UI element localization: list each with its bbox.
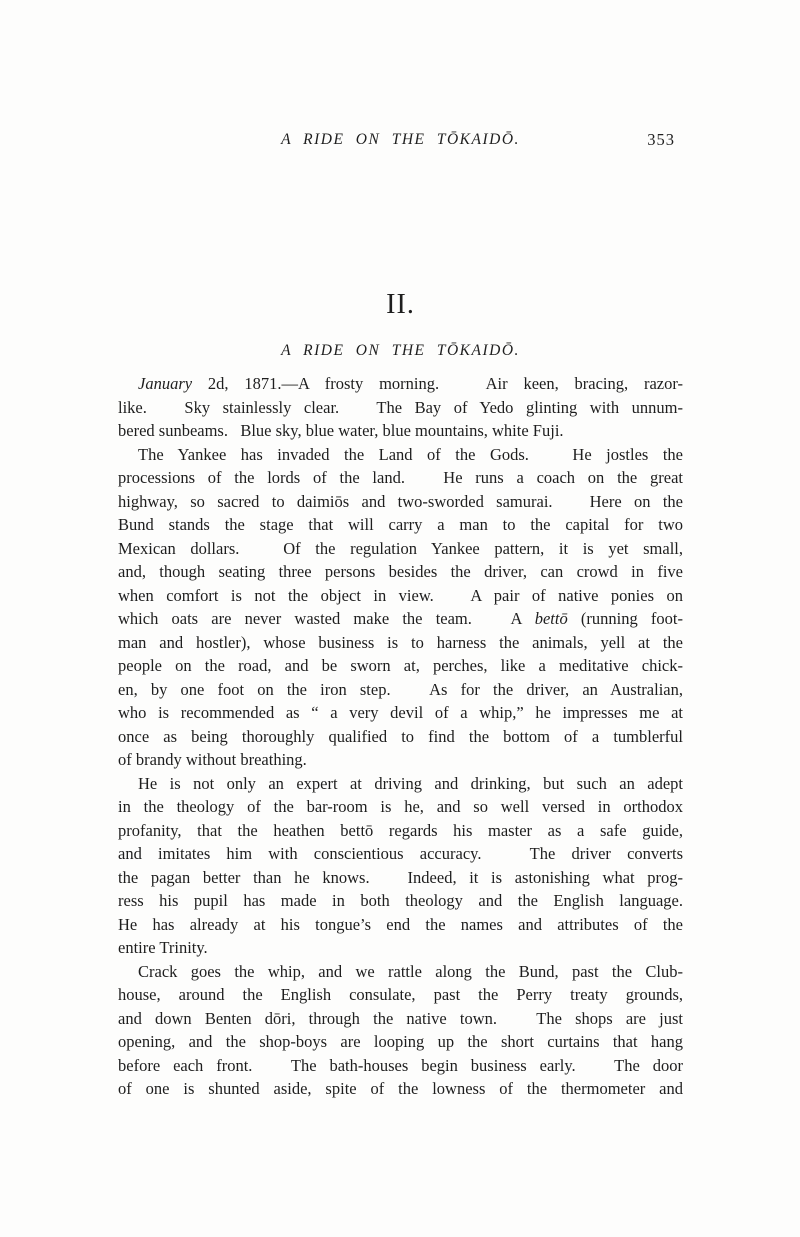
text-line: January 2d, 1871.—A frosty morning. Air … (118, 372, 683, 396)
text-segment: highway, so sacred to daimiōs and two-sw… (118, 492, 683, 511)
text-line: en, by one foot on the iron step. As for… (118, 678, 683, 702)
text-segment: He is not only an expert at driving and … (138, 774, 683, 793)
text-segment: in the theology of the bar-room is he, a… (118, 797, 683, 816)
text-segment: opening, and the shop-boys are looping u… (118, 1032, 683, 1051)
body-text: January 2d, 1871.—A frosty morning. Air … (118, 372, 683, 1101)
text-line: He is not only an expert at driving and … (118, 772, 683, 796)
text-segment: which oats are never wasted make the tea… (118, 609, 535, 628)
text-line: the pagan better than he knows. Indeed, … (118, 866, 683, 890)
text-segment: and down Benten dōri, through the native… (118, 1009, 683, 1028)
text-line: who is recommended as “ a very devil of … (118, 701, 683, 725)
text-segment: Mexican dollars. Of the regulation Yanke… (118, 539, 683, 558)
italic-text: January (138, 374, 192, 393)
text-line: bered sunbeams. Blue sky, blue water, bl… (118, 419, 683, 443)
text-segment: profanity, that the heathen bettō regard… (118, 821, 683, 840)
text-segment: like. Sky stainlessly clear. The Bay of … (118, 398, 683, 417)
text-segment: of brandy without breathing. (118, 750, 307, 769)
text-segment: the pagan better than he knows. Indeed, … (118, 868, 683, 887)
running-header-title: A RIDE ON THE TŌKAIDŌ. (118, 132, 683, 148)
text-segment: He has already at his tongue’s end the n… (118, 915, 683, 934)
italic-text: bettō (535, 609, 568, 628)
text-line: once as being thoroughly qualified to fi… (118, 725, 683, 749)
page-number: 353 (647, 132, 675, 148)
text-segment: bered sunbeams. Blue sky, blue water, bl… (118, 421, 564, 440)
text-line: and down Benten dōri, through the native… (118, 1007, 683, 1031)
text-line: man and hostler), whose business is to h… (118, 631, 683, 655)
text-line: before each front. The bath-houses begin… (118, 1054, 683, 1078)
text-segment: ress his pupil has made in both theology… (118, 891, 683, 910)
chapter-number: II. (118, 291, 683, 319)
text-segment: when comfort is not the object in view. … (118, 586, 683, 605)
text-line: of one is shunted aside, spite of the lo… (118, 1077, 683, 1101)
text-segment: who is recommended as “ a very devil of … (118, 703, 683, 722)
text-segment: and imitates him with conscientious accu… (118, 844, 683, 863)
text-segment: Bund stands the stage that will carry a … (118, 515, 683, 534)
text-line: ress his pupil has made in both theology… (118, 889, 683, 913)
text-line: highway, so sacred to daimiōs and two-sw… (118, 490, 683, 514)
text-segment: people on the road, and be sworn at, per… (118, 656, 683, 675)
text-line: like. Sky stainlessly clear. The Bay of … (118, 396, 683, 420)
text-segment: man and hostler), whose business is to h… (118, 633, 683, 652)
text-line: and, though seating three persons beside… (118, 560, 683, 584)
text-line: The Yankee has invaded the Land of the G… (118, 443, 683, 467)
text-segment: 2d, 1871.—A frosty morning. Air keen, br… (192, 374, 683, 393)
text-line: of brandy without breathing. (118, 748, 683, 772)
text-segment: processions of the lords of the land. He… (118, 468, 683, 487)
text-line: people on the road, and be sworn at, per… (118, 654, 683, 678)
text-segment: of one is shunted aside, spite of the lo… (118, 1079, 683, 1098)
chapter-title: A RIDE ON THE TŌKAIDŌ. (118, 343, 683, 359)
text-line: and imitates him with conscientious accu… (118, 842, 683, 866)
text-segment: en, by one foot on the iron step. As for… (118, 680, 683, 699)
text-line: Mexican dollars. Of the regulation Yanke… (118, 537, 683, 561)
text-line: Crack goes the whip, and we rattle along… (118, 960, 683, 984)
text-line: He has already at his tongue’s end the n… (118, 913, 683, 937)
text-segment: once as being thoroughly qualified to fi… (118, 727, 683, 746)
text-segment: entire Trinity. (118, 938, 208, 957)
text-segment: house, around the English consulate, pas… (118, 985, 683, 1004)
text-line: when comfort is not the object in view. … (118, 584, 683, 608)
text-line: house, around the English consulate, pas… (118, 983, 683, 1007)
text-line: processions of the lords of the land. He… (118, 466, 683, 490)
running-header: A RIDE ON THE TŌKAIDŌ. 353 (118, 132, 683, 150)
text-line: which oats are never wasted make the tea… (118, 607, 683, 631)
text-segment: The Yankee has invaded the Land of the G… (138, 445, 683, 464)
text-segment: Crack goes the whip, and we rattle along… (138, 962, 683, 981)
text-segment: (running foot- (568, 609, 683, 628)
text-line: opening, and the shop-boys are looping u… (118, 1030, 683, 1054)
text-line: in the theology of the bar-room is he, a… (118, 795, 683, 819)
text-segment: and, though seating three persons beside… (118, 562, 683, 581)
text-segment: before each front. The bath-houses begin… (118, 1056, 683, 1075)
book-page: A RIDE ON THE TŌKAIDŌ. 353 II. A RIDE ON… (0, 0, 800, 1237)
text-line: entire Trinity. (118, 936, 683, 960)
text-line: profanity, that the heathen bettō regard… (118, 819, 683, 843)
text-line: Bund stands the stage that will carry a … (118, 513, 683, 537)
